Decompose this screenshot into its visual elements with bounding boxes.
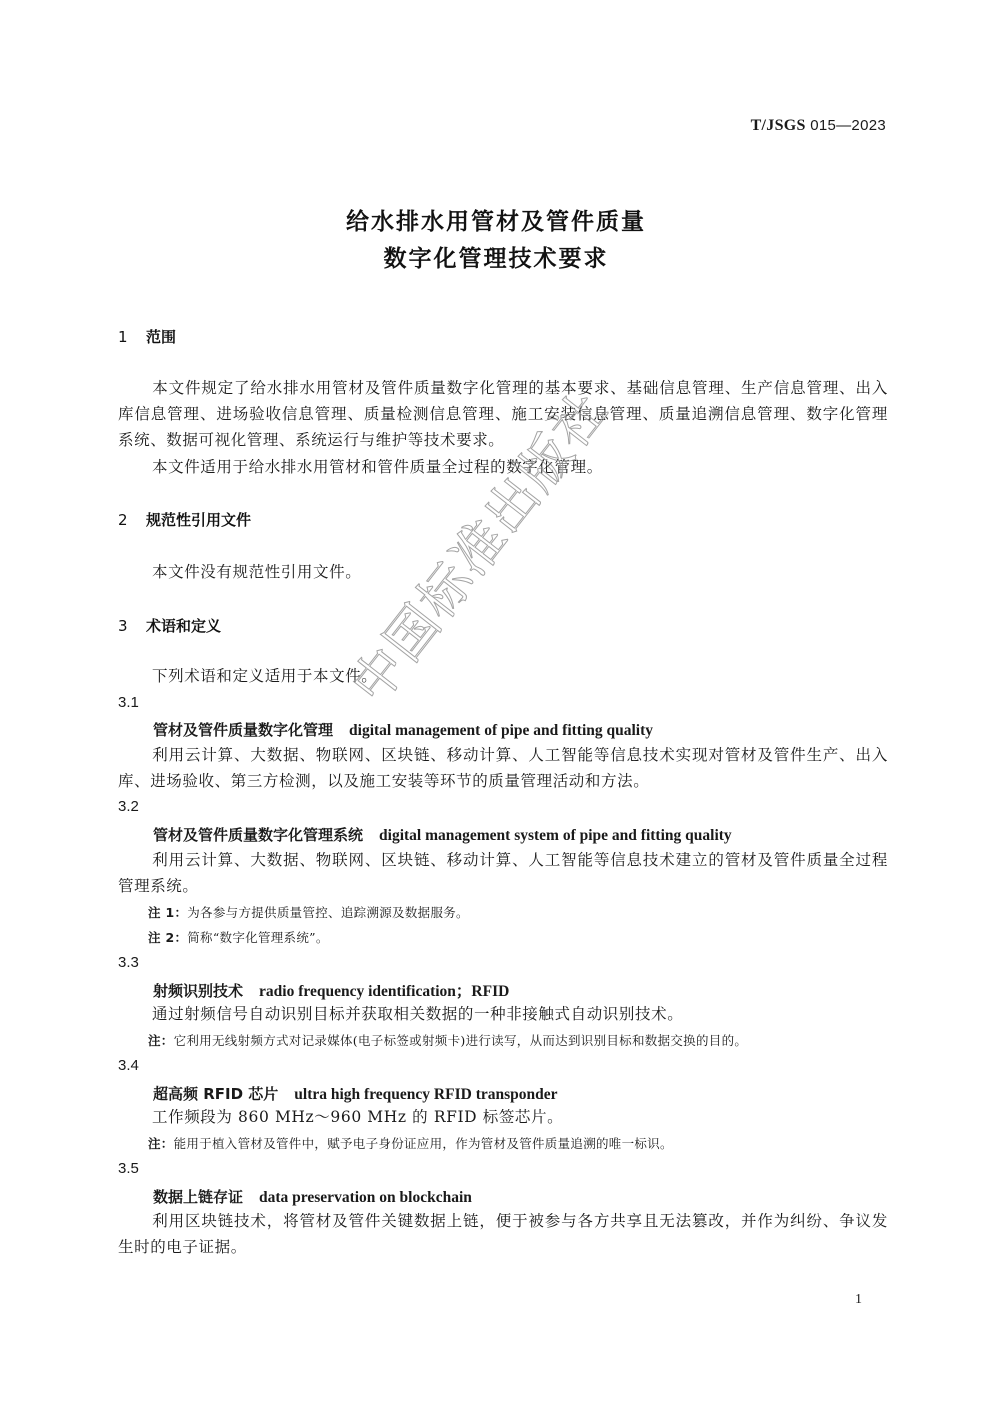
term-heading: 超高频 RFID 芯片ultra high frequency RFID tra…: [153, 1083, 558, 1104]
term-number: 3.5: [118, 1160, 139, 1177]
term-zh: 超高频 RFID 芯片: [153, 1085, 278, 1103]
definition-text: 工作频段为 860 MHz～960 MHz 的 RFID 标签芯片。: [152, 1108, 563, 1126]
section-2-paragraph-1: 本文件没有规范性引用文件。: [118, 559, 888, 585]
section-number: 3: [118, 617, 146, 635]
term-number: 3.4: [118, 1057, 139, 1074]
term-note: 注 1：为各参与方提供质量管控、追踪溯源及数据服务。: [148, 903, 888, 921]
term-heading: 射频识别技术radio frequency identification；RFI…: [153, 979, 509, 1001]
paragraph-text: 本文件适用于给水排水用管材和管件质量全过程的数字化管理。: [152, 458, 603, 476]
term-en: data preservation on blockchain: [259, 1189, 472, 1206]
section-2-heading: 2规范性引用文件: [118, 509, 251, 530]
note-text: 为各参与方提供质量管控、追踪溯源及数据服务。: [187, 905, 469, 920]
paragraph-text: 下列术语和定义适用于本文件。: [152, 667, 377, 685]
term-zh: 管材及管件质量数字化管理系统: [153, 826, 363, 844]
definition-text: 利用云计算、大数据、物联网、区块链、移动计算、人工智能等信息技术建立的管材及管件…: [118, 851, 888, 895]
term-definition: 利用区块链技术，将管材及管件关键数据上链，便于被参与各方共享且无法篡改，并作为纠…: [118, 1208, 888, 1260]
paragraph-text: 本文件规定了给水排水用管材及管件质量数字化管理的基本要求、基础信息管理、生产信息…: [118, 379, 888, 449]
note-text: 简称“数字化管理系统”。: [187, 930, 328, 945]
term-note: 注：能用于植入管材及管件中，赋予电子身份证应用，作为管材及管件质量追溯的唯一标识…: [148, 1134, 888, 1152]
term-number: 3.3: [118, 954, 139, 971]
term-note: 注：它利用无线射频方式对记录媒体(电子标签或射频卡)进行读写，从而达到识别目标和…: [148, 1031, 888, 1049]
definition-text: 利用区块链技术，将管材及管件关键数据上链，便于被参与各方共享且无法篡改，并作为纠…: [118, 1212, 888, 1256]
section-title: 范围: [146, 328, 176, 346]
note-text: 能用于植入管材及管件中，赋予电子身份证应用，作为管材及管件质量追溯的唯一标识。: [174, 1136, 673, 1151]
term-en: digital management of pipe and fitting q…: [349, 722, 653, 739]
section-1-paragraph-2: 本文件适用于给水排水用管材和管件质量全过程的数字化管理。: [118, 454, 888, 480]
section-title: 规范性引用文件: [146, 511, 251, 529]
section-3-heading: 3术语和定义: [118, 615, 221, 636]
section-3-intro: 下列术语和定义适用于本文件。: [118, 663, 888, 689]
term-definition: 工作频段为 860 MHz～960 MHz 的 RFID 标签芯片。: [118, 1104, 888, 1130]
term-heading: 管材及管件质量数字化管理系统digital management system …: [153, 824, 732, 845]
standard-code: T/JSGS 015—2023: [751, 117, 886, 135]
term-number: 3.2: [118, 798, 139, 815]
document-page: T/JSGS 015—2023 给水排水用管材及管件质量 数字化管理技术要求 1…: [0, 0, 992, 1403]
term-heading: 数据上链存证data preservation on blockchain: [153, 1186, 472, 1207]
term-zh: 管材及管件质量数字化管理: [153, 721, 333, 739]
section-title: 术语和定义: [146, 617, 221, 635]
term-en: ultra high frequency RFID transponder: [294, 1086, 557, 1103]
term-definition: 利用云计算、大数据、物联网、区块链、移动计算、人工智能等信息技术建立的管材及管件…: [118, 847, 888, 899]
term-number: 3.1: [118, 694, 139, 711]
paragraph-text: 本文件没有规范性引用文件。: [152, 563, 361, 581]
document-title-line2: 数字化管理技术要求: [0, 240, 992, 273]
definition-text: 通过射频信号自动识别目标并获取相关数据的一种非接触式自动识别技术。: [152, 1005, 683, 1023]
term-en: digital management system of pipe and fi…: [379, 827, 732, 844]
term-definition: 通过射频信号自动识别目标并获取相关数据的一种非接触式自动识别技术。: [118, 1001, 888, 1027]
standard-number: 015—2023: [810, 117, 886, 134]
section-number: 1: [118, 328, 146, 346]
page-number: 1: [855, 1292, 862, 1308]
note-label: 注 2：: [148, 930, 187, 945]
section-1-paragraph-1: 本文件规定了给水排水用管材及管件质量数字化管理的基本要求、基础信息管理、生产信息…: [118, 375, 888, 453]
term-heading: 管材及管件质量数字化管理digital management of pipe a…: [153, 719, 653, 740]
term-note: 注 2：简称“数字化管理系统”。: [148, 928, 888, 946]
note-label: 注：: [148, 1033, 174, 1048]
section-number: 2: [118, 511, 146, 529]
term-en: radio frequency identification；RFID: [259, 983, 509, 1000]
definition-text: 利用云计算、大数据、物联网、区块链、移动计算、人工智能等信息技术实现对管材及管件…: [118, 746, 888, 790]
note-text: 它利用无线射频方式对记录媒体(电子标签或射频卡)进行读写，从而达到识别目标和数据…: [174, 1033, 748, 1048]
note-label: 注：: [148, 1136, 174, 1151]
term-zh: 射频识别技术: [153, 982, 243, 1000]
standard-prefix: T/JSGS: [751, 117, 806, 134]
document-title-line1: 给水排水用管材及管件质量: [0, 203, 992, 236]
note-label: 注 1：: [148, 905, 187, 920]
term-definition: 利用云计算、大数据、物联网、区块链、移动计算、人工智能等信息技术实现对管材及管件…: [118, 742, 888, 794]
term-zh: 数据上链存证: [153, 1188, 243, 1206]
section-1-heading: 1范围: [118, 326, 176, 347]
